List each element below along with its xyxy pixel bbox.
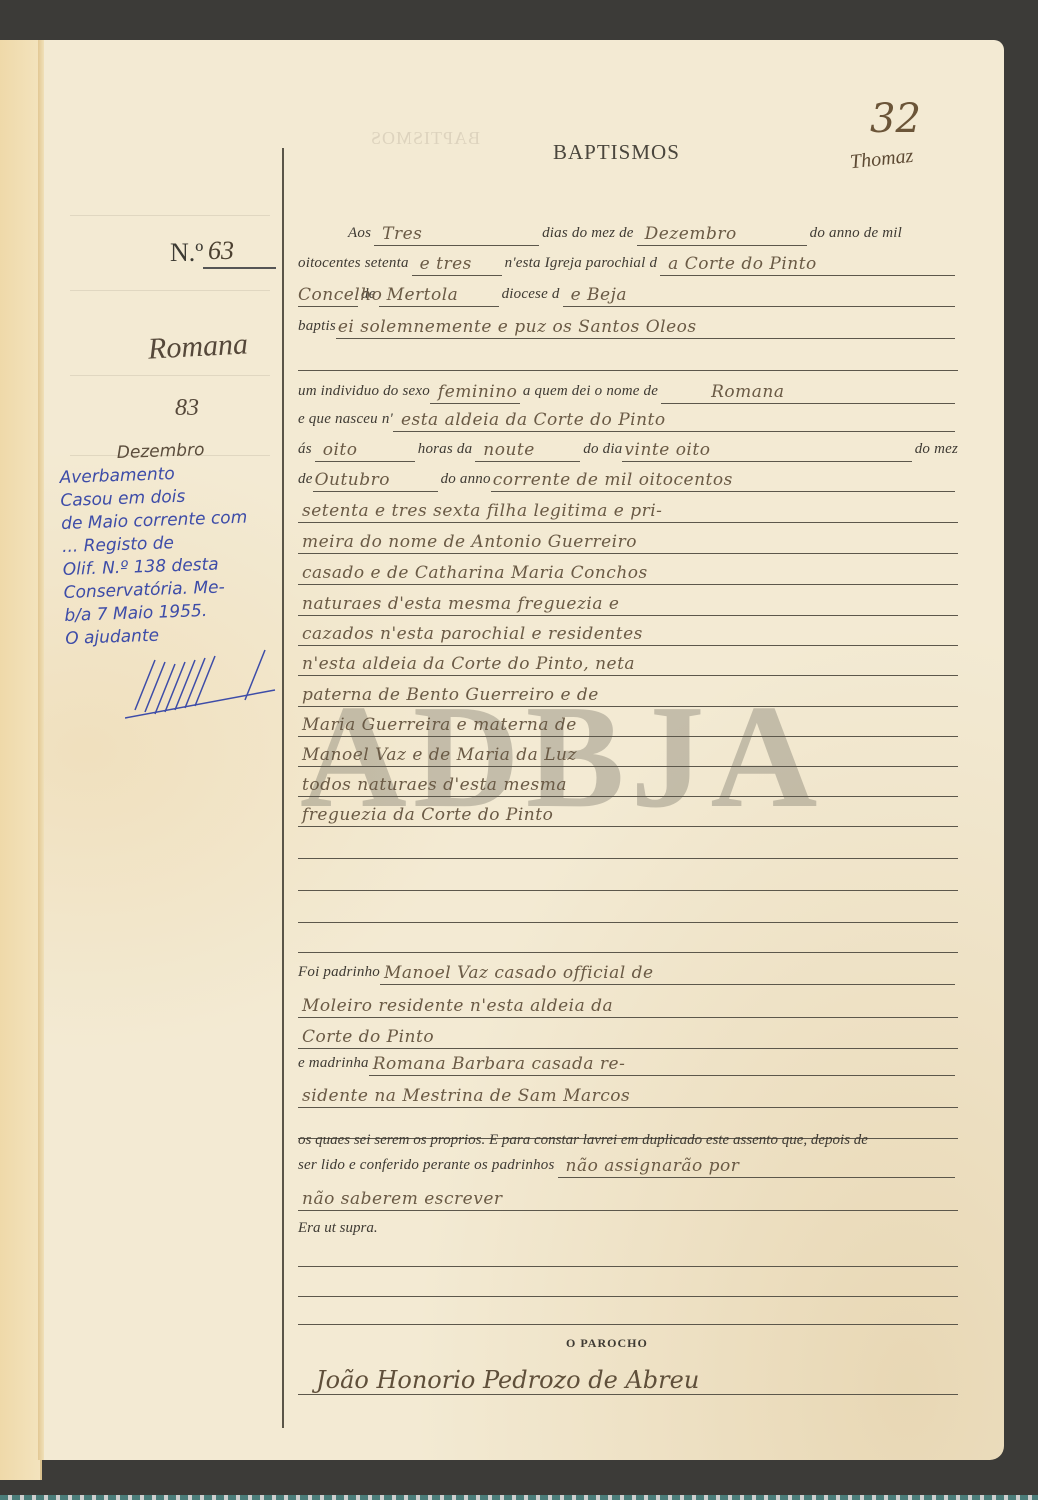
field-birthplace: esta aldeia da Corte do Pinto: [393, 403, 955, 432]
label-oitocentos-setenta: oitocentes setenta: [298, 255, 409, 276]
field-child-name: Romana: [661, 375, 955, 404]
record-number-underline: [203, 267, 276, 269]
signing-note-line: não saberem escrever: [298, 1180, 958, 1211]
blank-line: [298, 828, 958, 859]
field-hour-value: oito: [323, 440, 358, 460]
field-diocese-value: e Beja: [571, 285, 627, 305]
godfather-line-text: Moleiro residente n'esta aldeia da: [302, 996, 613, 1016]
field-municipality-value: Mertola: [387, 285, 459, 305]
era-ut-supra: Era ut supra.: [298, 1220, 968, 1237]
closing-text: os quaes sei serem os proprios. E para c…: [298, 1132, 968, 1149]
field-birth-month-value: Outubro: [315, 470, 390, 490]
label-dias-do-mez: dias do mez de: [542, 225, 634, 246]
body-line: todos naturaes d'esta mesma: [298, 766, 958, 797]
body-line: Manoel Vaz e de Maria da Luz: [298, 736, 958, 767]
field-hour: oito: [315, 433, 415, 462]
field-godmother: Romana Barbara casada re-: [369, 1047, 955, 1076]
label-aos: Aos: [298, 225, 371, 246]
label-e-madrinha: e madrinha: [298, 1055, 369, 1076]
field-diocese: e Beja: [563, 278, 955, 307]
field-birthplace-value: esta aldeia da Corte do Pinto: [401, 410, 666, 430]
body-line: Maria Guerreira e materna de: [298, 706, 958, 737]
label-foi-padrinho: Foi padrinho: [298, 964, 380, 985]
body-line-text: todos naturaes d'esta mesma: [302, 775, 567, 795]
body-line: setenta e tres sexta filha legitima e pr…: [298, 492, 958, 523]
binding-gutter: [38, 40, 44, 1460]
field-day-value: Tres: [382, 224, 422, 244]
field-sex-value: feminino: [438, 382, 517, 402]
field-month: Dezembro: [637, 217, 807, 246]
form-line-year-parish: oitocentes setenta e tres n'esta Igreja …: [298, 246, 958, 276]
body-line-text: meira do nome de Antonio Guerreiro: [302, 532, 637, 552]
field-godfather-value: Manoel Vaz casado official de: [384, 963, 654, 983]
form-line-godmother: e madrinha Romana Barbara casada re-: [298, 1046, 958, 1076]
field-year-value: e tres: [420, 254, 472, 274]
annotation-signature-scribble-icon: [125, 640, 280, 720]
blank-line: [298, 1236, 958, 1267]
body-line: freguezia da Corte do Pinto: [298, 796, 958, 827]
label-de: de: [298, 471, 313, 492]
body-line-text: Maria Guerreira e materna de: [302, 715, 577, 735]
field-year: e tres: [412, 247, 502, 276]
parish-priest-signature: João Honorio Pedrozo de Abreu: [298, 1360, 958, 1395]
form-line-municipality: Concelho de Mertola diocese d e Beja: [298, 277, 958, 307]
godfather-line-text: Corte do Pinto: [302, 1027, 434, 1047]
godmother-line: sidente na Mestrina de Sam Marcos: [298, 1077, 958, 1108]
label-anno-de-mil: do anno de mil: [810, 225, 902, 246]
label-as: ás: [298, 441, 312, 462]
field-concelho-value: Concelho: [298, 285, 382, 305]
body-line-text: freguezia da Corte do Pinto: [302, 805, 553, 825]
blank-line: [298, 1266, 958, 1297]
blank-line: [298, 922, 958, 953]
label-baptis: baptis: [298, 318, 336, 339]
label-perante-os-padrinhos: ser lido e conferido perante os padrinho…: [298, 1157, 555, 1178]
godfather-line: Corte do Pinto: [298, 1018, 958, 1049]
scan-edge-band: [0, 1495, 1038, 1500]
body-line-text: naturaes d'esta mesma freguezia e: [302, 594, 619, 614]
record-number: 63: [208, 236, 234, 266]
field-signing-note: não assignarão por: [558, 1149, 955, 1178]
body-line-text: paterna de Bento Guerreiro e de: [302, 685, 599, 705]
record-number-label: N.º: [170, 238, 203, 268]
label-do-dia: do dia: [583, 441, 622, 462]
field-parish: a Corte do Pinto: [660, 247, 955, 276]
field-birth-day-value: vinte oito: [624, 440, 710, 460]
body-line: meira do nome de Antonio Guerreiro: [298, 523, 958, 554]
form-line-sex-name: um individuo do sexo feminino a quem dei…: [298, 374, 958, 404]
label-do-anno: do anno: [441, 471, 491, 492]
body-line-text: casado e de Catharina Maria Conchos: [302, 563, 648, 583]
label-diocese: diocese d: [502, 286, 560, 307]
form-line-baptism: baptis ei solemnemente e puz os Santos O…: [298, 309, 958, 339]
field-godfather: Manoel Vaz casado official de: [380, 956, 955, 985]
field-day: Tres: [374, 217, 539, 246]
field-period-value: noute: [483, 440, 535, 460]
label-horas-da: horas da: [418, 441, 473, 462]
godmother-line-text: sidente na Mestrina de Sam Marcos: [302, 1086, 630, 1106]
body-line-text: Manoel Vaz e de Maria da Luz: [302, 745, 577, 765]
body-line: n'esta aldeia da Corte do Pinto, neta: [298, 645, 958, 676]
margin-child-name: Romana: [147, 327, 249, 366]
page-title: BAPTISMOS: [553, 140, 680, 165]
label-que-nasceu: e que nasceu n': [298, 411, 393, 432]
body-line-text: n'esta aldeia da Corte do Pinto, neta: [302, 654, 635, 674]
field-month-value: Dezembro: [645, 224, 737, 244]
field-birth-day: vinte oito: [622, 433, 911, 462]
blank-line: [298, 892, 958, 923]
folio-number: 32: [870, 96, 921, 142]
field-signing-note-value: não assignarão por: [566, 1156, 740, 1176]
body-line-text: cazados n'esta parochial e residentes: [302, 624, 643, 644]
blank-line: [298, 860, 958, 891]
margin-annotation: Dezembro Averbamento Casou em dois de Ma…: [58, 436, 295, 651]
field-parish-value: a Corte do Pinto: [668, 254, 817, 274]
form-line-date: Aos Tres dias do mez de Dezembro do anno…: [298, 216, 958, 246]
body-line: naturaes d'esta mesma freguezia e: [298, 585, 958, 616]
label-individuo-do-sexo: um individuo do sexo: [298, 383, 430, 404]
field-concelho: Concelho: [298, 278, 358, 307]
bleed-through-title: BAPTISMOS: [370, 128, 480, 149]
label-igreja-parochial: n'esta Igreja parochial d: [505, 255, 658, 276]
form-line-godfather: Foi padrinho Manoel Vaz casado official …: [298, 955, 958, 985]
field-child-name-value: Romana: [711, 382, 784, 402]
form-line-birth-month-year: de Outubro do anno corrente de mil oitoc…: [298, 462, 958, 492]
signature-text: João Honorio Pedrozo de Abreu: [316, 1366, 699, 1394]
body-line-text: setenta e tres sexta filha legitima e pr…: [302, 501, 662, 521]
field-birth-year-value: corrente de mil oitocentos: [493, 470, 733, 490]
form-line-signing: ser lido e conferido perante os padrinho…: [298, 1148, 958, 1178]
label-nome-de: a quem dei o nome de: [523, 383, 658, 404]
field-birth-year: corrente de mil oitocentos: [491, 463, 955, 492]
body-line: paterna de Bento Guerreiro e de: [298, 676, 958, 707]
blank-line: [298, 340, 958, 371]
signature-label: O PAROCHO: [566, 1336, 648, 1351]
field-sex: feminino: [430, 375, 520, 404]
body-line: cazados n'esta parochial e residentes: [298, 615, 958, 646]
label-do-mez: do mez: [915, 441, 958, 462]
field-godmother-value: Romana Barbara casada re-: [373, 1054, 626, 1074]
field-period: noute: [475, 433, 580, 462]
field-birth-month: Outubro: [313, 463, 438, 492]
form-line-birth-time: ás oito horas da noute do dia vinte oito…: [298, 432, 958, 462]
field-baptism-text: ei solemnemente e puz os Santos Oleos: [336, 310, 955, 339]
body-line: casado e de Catharina Maria Conchos: [298, 554, 958, 585]
godfather-line: Moleiro residente n'esta aldeia da: [298, 987, 958, 1018]
facing-page-edge: [0, 40, 42, 1480]
signing-note-line-text: não saberem escrever: [302, 1189, 503, 1209]
blank-line: [298, 1294, 958, 1325]
form-line-birthplace: e que nasceu n' esta aldeia da Corte do …: [298, 402, 958, 432]
field-baptism-text-value: ei solemnemente e puz os Santos Oleos: [338, 317, 697, 337]
margin-divider-rule: [282, 148, 284, 1428]
margin-number: 83: [175, 395, 199, 422]
field-municipality: Mertola: [379, 278, 499, 307]
